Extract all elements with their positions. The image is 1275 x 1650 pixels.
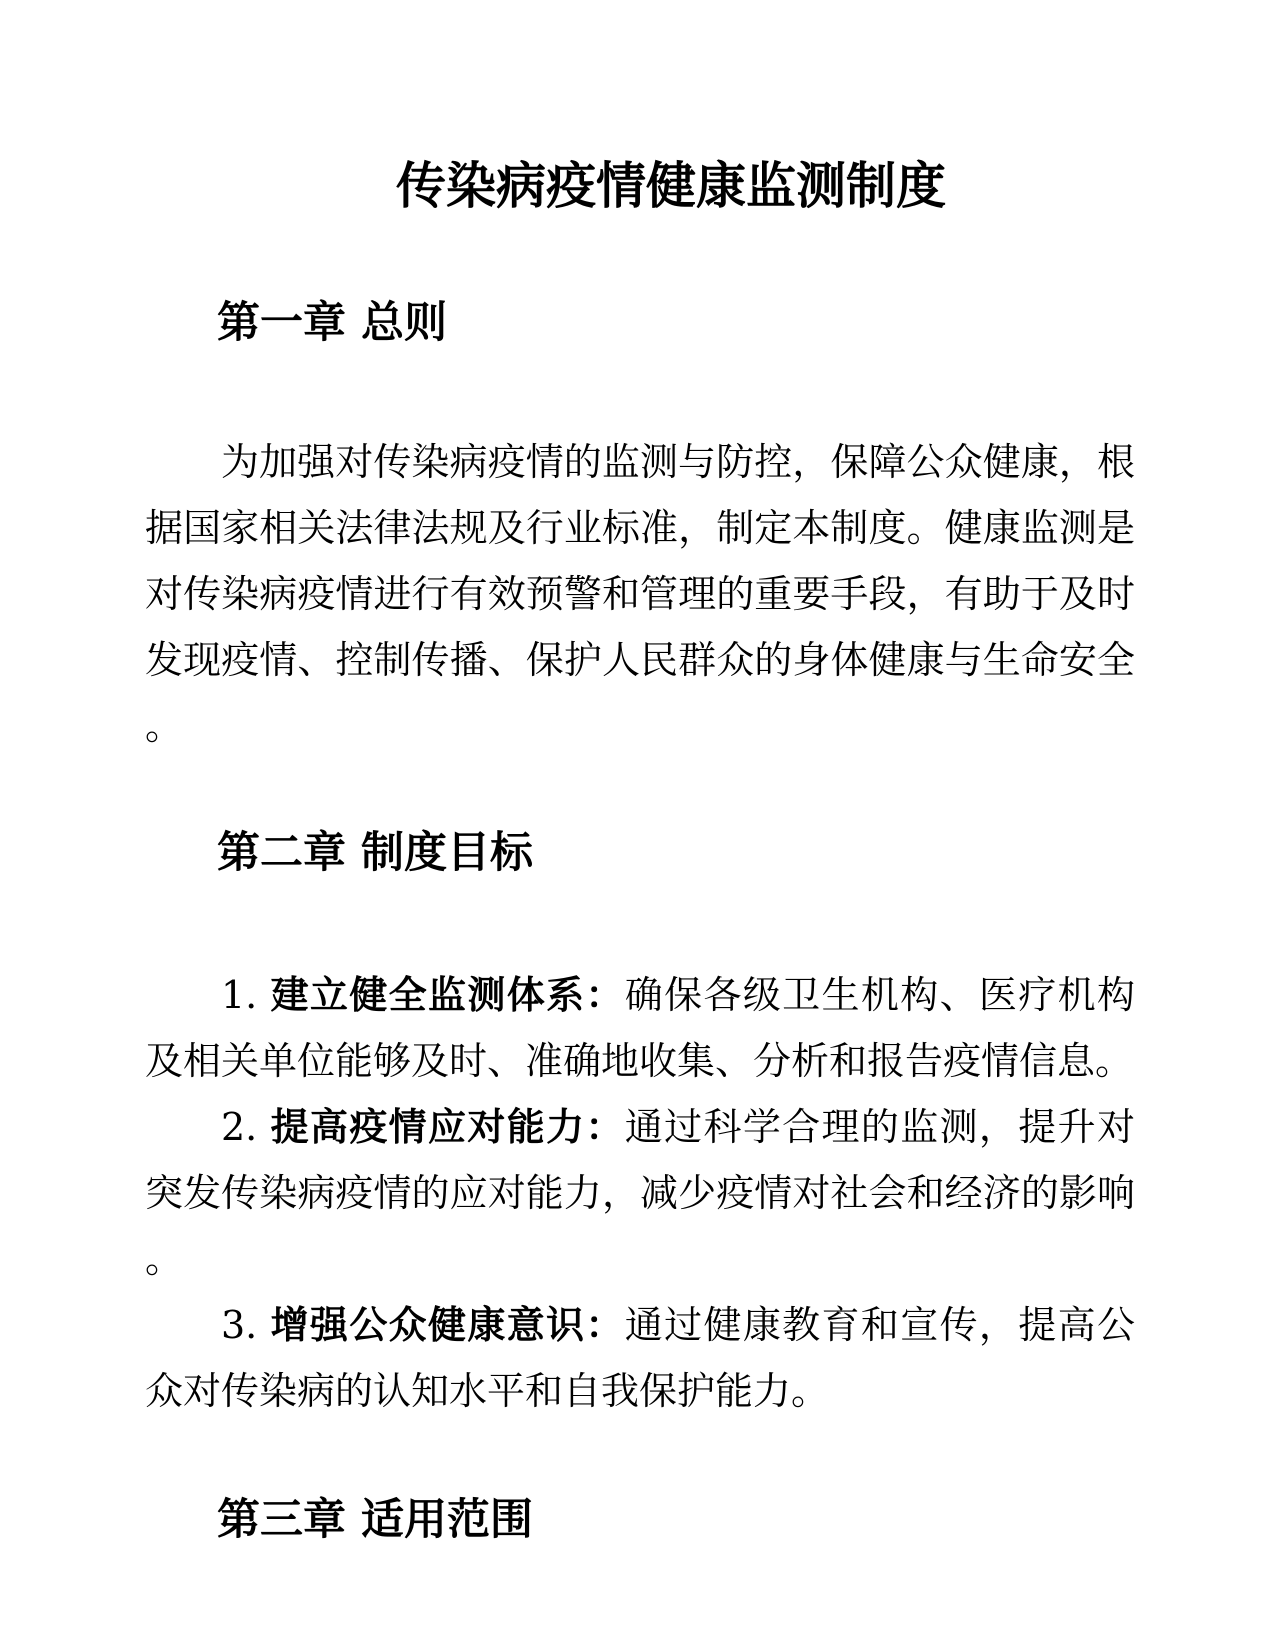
goal-2-number: 2. [221, 1105, 257, 1149]
document-page: 传染病疫情健康监测制度 第一章 总则 为加强对传染病疫情的监测与防控，保障公众健… [0, 0, 1275, 1650]
goal-item-2: 2.提高疫情应对能力：通过科学合理的监测，提升对突发传染病疫情的应对能力，减少疫… [145, 1094, 1135, 1292]
chapter-1-heading: 第一章 总则 [145, 298, 1135, 348]
goal-2-lead: 提高疫情应对能力： [269, 1104, 625, 1149]
chapter-1-paragraph: 为加强对传染病疫情的监测与防控，保障公众健康，根据国家相关法律法规及行业标准，制… [145, 429, 1135, 759]
goal-1-number: 1. [221, 973, 257, 1017]
goal-3-number: 3. [221, 1303, 257, 1347]
goal-list: 1.建立健全监测体系：确保各级卫生机构、医疗机构及相关单位能够及时、准确地收集、… [145, 962, 1135, 1424]
chapter-3-heading: 第三章 适用范围 [145, 1495, 1135, 1545]
document-title: 传染病疫情健康监测制度 [145, 158, 1135, 214]
goal-item-1: 1.建立健全监测体系：确保各级卫生机构、医疗机构及相关单位能够及时、准确地收集、… [145, 962, 1135, 1094]
goal-1-lead: 建立健全监测体系： [269, 972, 625, 1017]
goal-3-lead: 增强公众健康意识： [269, 1302, 625, 1347]
chapter-2-heading: 第二章 制度目标 [145, 828, 1135, 878]
goal-item-3: 3.增强公众健康意识：通过健康教育和宣传，提高公众对传染病的认知水平和自我保护能… [145, 1292, 1135, 1424]
